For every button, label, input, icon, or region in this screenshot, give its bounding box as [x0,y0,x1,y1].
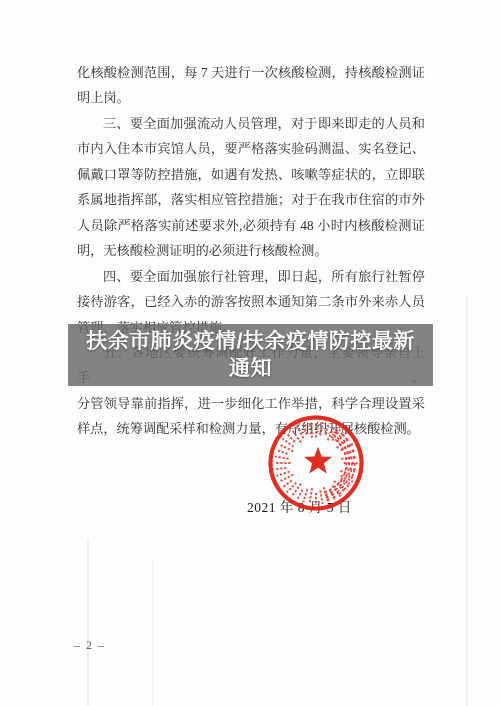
document-line: 明，无核酸检测证明的必须进行核酸检测。 [77,238,425,263]
watermark-title-line2: 通知 [229,355,272,382]
document-line: 人员除严格落实前述要求外,必须持有 48 小时内核酸检测证 [77,213,425,238]
document-line: 化核酸检测范围，每 7 天进行一次核酸检测，持核酸检测证 [77,60,425,85]
document-line: 佩戴口罩等防控措施，如遇有发热、咳嗽等症状的，立即联 [77,162,425,187]
scan-artifact-line [152,560,154,706]
document-line: 明上岗。 [77,85,425,110]
watermark-title-line1: 扶余市肺炎疫情/扶余疫情防控最新 [86,328,415,355]
document-page: 化核酸检测范围，每 7 天进行一次核酸检测，持核酸检测证 明上岗。 三、要全面加… [0,0,500,706]
document-line: 样点，统筹调配采样和检测力量，有序组织开展核酸检测。 [77,416,425,441]
document-line: 分管领导靠前指挥，进一步细化工作举措，科学合理设置采 [77,391,425,416]
official-seal-stamp [264,413,368,515]
watermark-banner: 扶余市肺炎疫情/扶余疫情防控最新 通知 [68,324,433,386]
star-icon [304,447,332,474]
scan-artifact-line [466,295,468,706]
document-line: 接待游客，已经入赤的游客按照本通知第二条市外来赤人员 [77,289,425,314]
scan-artifact-line [87,538,89,706]
document-line: 三、要全面加强流动人员管理，对于即来即走的人员和 [77,111,425,136]
document-line: 四、要全面加强旅行社管理，即日起，所有旅行社暂停 [77,264,425,289]
document-line: 市内入住本市宾馆人员，要严格落实验码测温、实名登记、 [77,136,425,161]
page-number: – 2 – [74,638,106,653]
document-line: 系属地指挥部，落实相应管控措施；对于在我市住宿的市外 [77,187,425,212]
